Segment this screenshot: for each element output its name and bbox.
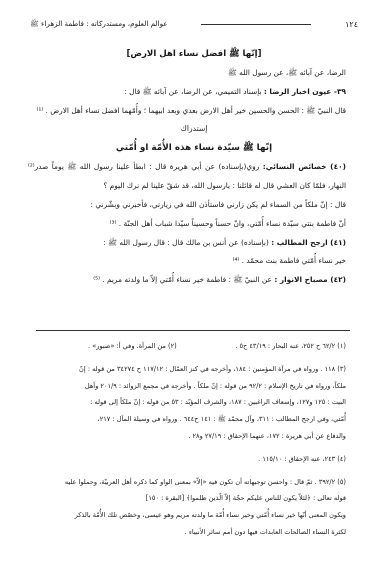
hadith-42-source: (٤٢) مصباح الانوار : bbox=[274, 275, 346, 284]
hadith-39-isnad: بإسناد التميمي، عن الرضا، عن آبائه ﷺ قال… bbox=[124, 87, 261, 96]
hadith-42-text: عن النبيّ ﷺ : فاطمة خير نساء أُمّتي إلاّ… bbox=[93, 275, 272, 284]
book-page: ١٢٤ عوالم العلوم، ومستدركاته : فاطمة الز… bbox=[0, 0, 386, 572]
footnote-2: (٢) من المرآة. وفي أ: «صبور» . bbox=[88, 338, 177, 355]
hadith-39-text: قال النبيّ ﷺ : الحسن والحسين خير أهل الا… bbox=[28, 102, 360, 121]
hadith-40-text-3: أنّ فاطمة بنتي سيّدة نساء أُمّتي، وانّ ح… bbox=[28, 215, 360, 234]
istidrak-label: إستدراك bbox=[28, 120, 360, 138]
chain-of-narration: الرضا، عن آبائه ﷺ، عن رسول الله ﷺ bbox=[28, 64, 360, 83]
footnote-4: (٤) ٢٤٣، عنه الإحقاق : ١١٥/١٠ . bbox=[28, 451, 360, 468]
footnote-row-1-2: (١) ٦٢/٢ ح ٢٥٢، عنه البحار : ٤٣/١٩ ح٥ . … bbox=[28, 338, 360, 355]
footnote-3-line: ملكاً، ورواه في تاريخ الإسلام : ٩٢/٢ من … bbox=[28, 378, 360, 395]
footnote-rule bbox=[36, 330, 350, 331]
footnote-3-line: والدفاع عن أبي هريرة : ١٧٢، عنهما الإحقا… bbox=[28, 428, 360, 445]
header-rule bbox=[201, 24, 311, 25]
hadith-40-text-2: قال : إنّ ملكاً من السماء لم يكن زارني ف… bbox=[28, 196, 360, 215]
hadith-40: (٤٠) خصائص النسائي: روي(بإسناده) عن أبي … bbox=[28, 158, 360, 196]
footnote-5-line: قوله تعالى : ﴿لئلاّ يكون للناس عليكم حجّ… bbox=[28, 490, 360, 507]
footnote-3-line: البيت : ١٢٥ و١٢٧، وإسعاف الراغبين : ١٨٧،… bbox=[28, 394, 360, 411]
hadith-41: (٤١) ارجح المطالب : (بإسناده) عن أنس بن … bbox=[28, 234, 360, 253]
running-header: ١٢٤ عوالم العلوم، ومستدركاته : فاطمة الز… bbox=[30, 17, 358, 31]
hadith-41-text-2: خير نساء أُمّتي فاطمة بنت محمّد . ⁽⁴⁾ bbox=[28, 252, 360, 271]
footnote-1: (١) ٦٢/٢ ح ٢٥٢، عنه البحار : ٤٣/١٩ ح٥ . bbox=[235, 338, 346, 355]
hadith-42: (٤٢) مصباح الانوار : عن النبيّ ﷺ : فاطمة… bbox=[28, 271, 360, 290]
hadith-41-text: (بإسناده) عن أنس بن مالك قال : قال رسول … bbox=[103, 238, 269, 247]
footnote-5-line: (٥) ٣٩٢/٢ . ثمّ قال : واحسن توجيهاته أن … bbox=[28, 474, 360, 491]
footnote-3-line: (٣) ١١٨ . ورواه في مرآة المؤمنين : ١٨٤، … bbox=[28, 361, 360, 378]
istidrak-heading: إنّها ﷺ سيّدة نساء هذه الأُمّة او أُمّتي bbox=[28, 138, 360, 158]
hadith-41-source: (٤١) ارجح المطالب : bbox=[271, 238, 346, 247]
hadith-40-source: (٤٠) خصائص النسائي: bbox=[263, 162, 346, 171]
page-number: ١٢٤ bbox=[345, 20, 358, 29]
main-text: [إنّها ﷺ افضل نساء اهل الارض] الرضا، عن … bbox=[28, 44, 360, 290]
section-heading: [إنّها ﷺ افضل نساء اهل الارض] bbox=[28, 44, 360, 64]
footnote-5-line: ويكون المعنى أنّها خير نساء أُمّتي وخير … bbox=[28, 507, 360, 524]
running-title: عوالم العلوم، ومستدركاته : فاطمة الزهراء… bbox=[30, 19, 168, 30]
footnote-5-line: لكثرة النساء الصالحات العابدات فيها دون … bbox=[28, 524, 360, 541]
footnote-3-line: أُمّتي، وفي ارجح المطالب : ٣١١، وآل محمّ… bbox=[28, 411, 360, 428]
hadith-39: ٣٩- عيون اخبار الرضا : بإسناد التميمي، ع… bbox=[28, 83, 360, 102]
hadith-39-source: ٣٩- عيون اخبار الرضا : bbox=[264, 87, 346, 96]
footnotes: (١) ٦٢/٢ ح ٢٥٢، عنه البحار : ٤٣/١٩ ح٥ . … bbox=[28, 338, 360, 541]
